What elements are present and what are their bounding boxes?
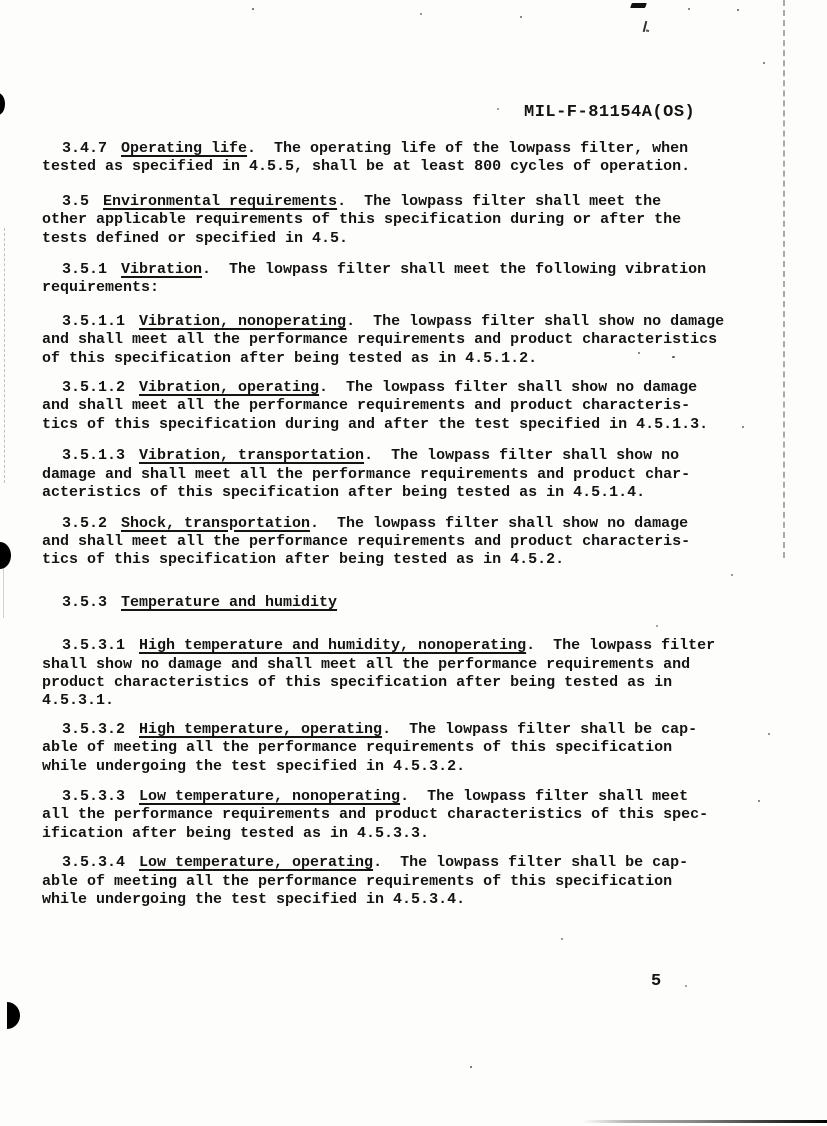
scan-speck xyxy=(685,985,687,987)
scan-speck xyxy=(638,352,640,354)
scan-squiggle-top-right xyxy=(643,21,648,32)
page-number: 5 xyxy=(651,972,661,991)
scan-edge-line-bottom xyxy=(583,1120,827,1123)
para-3-5: 3.5Environmental requirements. The lowpa… xyxy=(42,193,758,248)
paragraph-number: 3.5.3 xyxy=(62,594,107,611)
paragraph-title: Temperature and humidity xyxy=(121,594,337,611)
scan-ink-blob-mid-left xyxy=(0,542,11,569)
scan-speck xyxy=(731,574,733,576)
scan-speck xyxy=(768,733,770,735)
paragraph-title: Low temperature, operating xyxy=(139,854,373,871)
paragraph-number: 3.5.1 xyxy=(62,261,107,278)
scan-speck xyxy=(700,338,702,340)
scan-speck xyxy=(520,16,522,18)
paragraph-title: Operating life xyxy=(121,140,247,157)
paragraph-title: Low temperature, nonoperating xyxy=(139,788,400,805)
scan-speck xyxy=(470,1066,472,1068)
paragraph-title: Shock, transportation xyxy=(121,515,310,532)
scan-speck xyxy=(252,8,254,10)
para-3-5-3-3: 3.5.3.3Low temperature, nonoperating. Th… xyxy=(42,788,758,843)
paragraph-number: 3.5.3.2 xyxy=(62,721,125,738)
para-3-5-1: 3.5.1Vibration. The lowpass filter shall… xyxy=(42,261,758,298)
scan-speck xyxy=(758,800,760,802)
paragraph-title: Environmental requirements xyxy=(103,193,337,210)
para-3-5-3: 3.5.3Temperature and humidity xyxy=(42,594,758,612)
para-3-4-7: 3.4.7Operating life. The operating life … xyxy=(42,140,758,177)
paragraph-number: 3.5.2 xyxy=(62,515,107,532)
para-3-5-1-1: 3.5.1.1Vibration, nonoperating. The lowp… xyxy=(42,313,758,368)
scan-speck xyxy=(763,62,765,64)
paragraph-title: High temperature, operating xyxy=(139,721,382,738)
scan-ink-blob-bottom-left xyxy=(7,1002,20,1029)
paragraph-title: Vibration, nonoperating xyxy=(139,313,346,330)
paragraph-number: 3.5 xyxy=(62,193,89,210)
scan-speck xyxy=(420,13,422,15)
paragraph-title: Vibration xyxy=(121,261,202,278)
paragraph-number: 3.5.1.3 xyxy=(62,447,125,464)
para-3-5-3-1: 3.5.3.1High temperature and humidity, no… xyxy=(42,637,758,711)
scan-speck xyxy=(688,8,690,10)
para-3-5-1-2: 3.5.1.2Vibration, operating. The lowpass… xyxy=(42,379,758,434)
scanned-document-page: MIL-F-81154A(OS) 3.4.7Operating life. Th… xyxy=(0,0,827,1126)
scan-speck xyxy=(742,426,744,428)
scan-mark-top-right xyxy=(630,3,647,8)
para-3-5-1-3: 3.5.1.3Vibration, transportation. The lo… xyxy=(42,447,758,502)
scan-speck xyxy=(497,108,499,110)
para-3-5-3-2: 3.5.3.2High temperature, operating. The … xyxy=(42,721,758,776)
para-3-5-3-4: 3.5.3.4Low temperature, operating. The l… xyxy=(42,854,758,909)
paragraph-number: 3.5.1.1 xyxy=(62,313,125,330)
document-body: 3.4.7Operating life. The operating life … xyxy=(42,140,758,909)
paragraph-number: 3.5.3.1 xyxy=(62,637,125,654)
paragraph-title: Vibration, operating xyxy=(139,379,319,396)
scan-speck xyxy=(737,9,739,11)
paragraph-number: 3.5.3.3 xyxy=(62,788,125,805)
scan-faint-line-left xyxy=(3,566,4,618)
document-number: MIL-F-81154A(OS) xyxy=(524,103,695,122)
paragraph-title: Vibration, transportation xyxy=(139,447,364,464)
paragraph-number: 3.4.7 xyxy=(62,140,107,157)
paragraph-number: 3.5.1.2 xyxy=(62,379,125,396)
scan-speck xyxy=(656,625,658,627)
scan-dashed-fold-line-left xyxy=(4,228,5,483)
paragraph-number: 3.5.3.4 xyxy=(62,854,125,871)
para-3-5-2: 3.5.2Shock, transportation. The lowpass … xyxy=(42,515,758,570)
scan-dashed-fold-line-right xyxy=(783,0,785,558)
paragraph-title: High temperature and humidity, nonoperat… xyxy=(139,637,526,654)
scan-speck xyxy=(561,938,563,940)
scan-speck xyxy=(672,356,675,358)
scan-ink-blob-top-left xyxy=(0,93,5,115)
